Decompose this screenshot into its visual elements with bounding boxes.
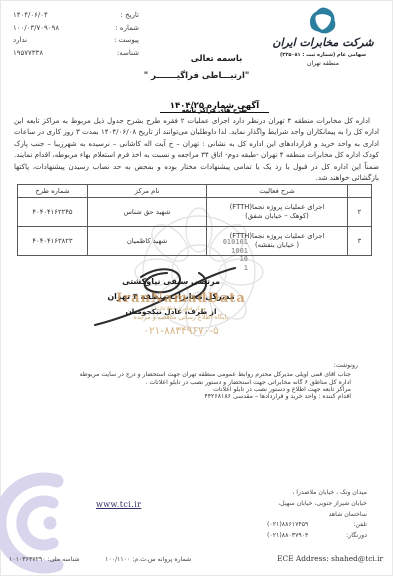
- binary-line: 1: [204, 264, 248, 273]
- row-center-name: شهید حق شناس: [88, 198, 207, 227]
- attachment-value: ندارد: [13, 36, 27, 44]
- meta-attachment: پیوست : ندارد: [13, 36, 139, 44]
- row-activity: اجرای عملیات پروژه نجما(FTTH) ( خیابان ب…: [207, 227, 348, 256]
- besmellah-text: باسمه تعالی: [21, 54, 393, 64]
- binary-line: 10: [204, 255, 248, 264]
- number-value: ۱۰۰/۰۳/۷۰۹۰۹۸: [13, 24, 59, 32]
- row-plan-number: ۴۰۴۰۴۱۶۳۸۲۳: [18, 227, 88, 256]
- cc-label: رونوشت:: [31, 362, 358, 369]
- row-activity: اجرای عملیات پروژه نجما(FTTH) (کوهک – خی…: [207, 198, 348, 227]
- address-line: ساختمان شاهد: [267, 510, 367, 521]
- slogan-text: "ارتبـــاطی فراگیـــــــر ": [1, 71, 392, 81]
- header-row-number: [348, 185, 372, 198]
- signer-title: مدیرکل مخابرات منطقه ۴ تهران: [104, 292, 238, 301]
- national-id: شناسه ملی: ۱۰۱۰۳۶۴۷۲۹۰: [9, 556, 80, 563]
- header-center-name: نام مرکز: [88, 185, 207, 198]
- phone-label: تلفن:: [353, 520, 367, 531]
- attachment-label: پیوست :: [114, 36, 139, 44]
- signature-block: مرتضی سیفی نیاوکشتی مدیرکل مخابرات منطقه…: [104, 277, 238, 316]
- license-number: شماره پروانه س.ث.م: ۱۰۰/۱۱۰۰: [105, 556, 191, 563]
- table-row: ۳ اجرای عملیات پروژه نجما(FTTH) ( خیابان…: [18, 227, 372, 256]
- row-center-name: شهید کاظمیان: [88, 227, 207, 256]
- row-number: ۲: [348, 198, 372, 227]
- tci-swirl-icon: [308, 6, 338, 36]
- activity-line-1: اجرای عملیات پروژه نجما(FTTH): [209, 203, 345, 213]
- activity-line-1: اجرای عملیات پروژه نجما(FTTH): [209, 232, 345, 242]
- cc-item: اقدام کننده : واحد خرید و قراردادها – مق…: [31, 393, 358, 400]
- date-label: تاریخ :: [120, 11, 139, 19]
- fax-row: دورنگار: (۰۲۱)۸۸۰۳۷۹۰۴: [267, 531, 367, 542]
- fax-value: (۰۲۱)۸۸۰۳۷۹۰۴: [267, 531, 308, 542]
- website-link[interactable]: www.tci.ir: [96, 500, 141, 509]
- meta-number: شماره : ۱۰۰/۰۳/۷۰۹۰۹۸: [13, 24, 139, 32]
- date-value: ۱۴۰۴/۰۶/۰۴: [13, 11, 48, 19]
- table-header-row: شرح فعالیت نام مرکز شماره طرح: [18, 185, 372, 198]
- row-plan-number: ۴۰۴۰۴۱۶۲۲۴۵: [18, 198, 88, 227]
- footer-address: میدان ونک ، خیابان ملاصدرا ، خیابان شیرا…: [267, 488, 367, 542]
- header-plan-number: شماره طرح: [18, 185, 88, 198]
- notice-subtitle: طرح های مراکز تابعه: [19, 107, 393, 114]
- signer-on-behalf: از طرف، عادل نیکجومنان: [104, 307, 238, 316]
- header-activity: شرح فعالیت: [207, 185, 348, 198]
- signer-name: مرتضی سیفی نیاوکشتی: [104, 277, 238, 286]
- table-row: ۲ اجرای عملیات پروژه نجما(FTTH) (کوهک – …: [18, 198, 372, 227]
- meta-date: تاریخ : ۱۴۰۴/۰۶/۰۴: [13, 11, 139, 19]
- company-name: شرکت مخابرات ایران: [267, 37, 379, 49]
- address-line: میدان ونک ، خیابان ملاصدرا ،: [267, 488, 367, 499]
- vendor-phone: ۰۲۱-۸۸۳۴۹۶۷۰-۵: [101, 325, 261, 337]
- row-number: ۳: [348, 227, 372, 256]
- phone-value: (۰۲۱)۸۸۶۱۷۴۵۹: [267, 520, 308, 531]
- cc-item: مراکز تابعه جهت اطلاع و دستور نصب در تاب…: [31, 386, 358, 393]
- phone-row: تلفن: (۰۲۱)۸۸۶۱۷۴۵۹: [267, 520, 367, 531]
- document-page: تاریخ : ۱۴۰۴/۰۶/۰۴ شماره : ۱۰۰/۰۳/۷۰۹۰۹۸…: [0, 0, 393, 576]
- address-line: خیابان شیراز جنوبی، خیابان سهیل،: [267, 499, 367, 510]
- activity-line-2: ( خیابان بنفشه): [209, 241, 345, 251]
- cc-section: رونوشت: جناب آقای قمی اویلی مدیرکل محترم…: [31, 362, 358, 400]
- plans-table: شرح فعالیت نام مرکز شماره طرح ۲ اجرای عم…: [17, 184, 372, 256]
- ece-address: ECE Address: shahed@tci.ir: [277, 554, 383, 563]
- cc-item: اداره کل مناطق ۶ گانه مخابراتی جهت استحض…: [31, 379, 358, 386]
- notice-body: اداره کل مخابرات منطقه ۴ تهران درنظر دار…: [14, 115, 379, 183]
- number-label: شماره :: [115, 24, 139, 32]
- cc-item: جناب آقای قمی اویلی مدیرکل محترم روابط ع…: [31, 371, 358, 378]
- fax-label: دورنگار:: [346, 531, 367, 542]
- activity-line-2: (کوهک – خیابان شفق): [209, 212, 345, 222]
